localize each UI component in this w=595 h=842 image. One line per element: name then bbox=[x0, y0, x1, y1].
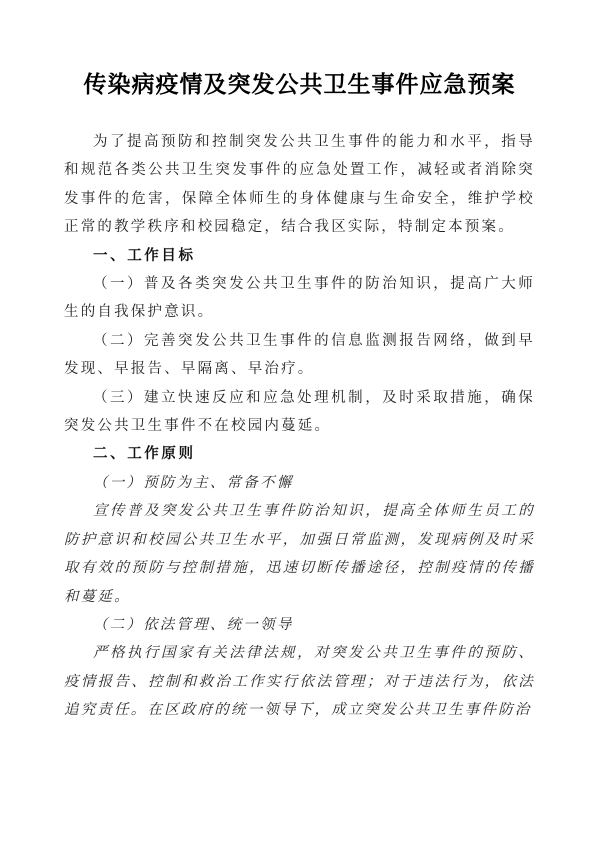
paragraph-principle-2: 严格执行国家有关法律法规，对突发公共卫生事件的预防、疫情报告、控制和救治工作实行… bbox=[64, 639, 535, 724]
paragraph-goal-2: （二）完善突发公共卫生事件的信息监测报告网络，做到早发现、早报告、早隔离、早治疗… bbox=[64, 327, 535, 384]
document-title: 传染病疫情及突发公共卫生事件应急预案 bbox=[64, 70, 535, 100]
paragraph-intro: 为了提高预防和控制突发公共卫生事件的能力和水平，指导和规范各类公共卫生突发事件的… bbox=[64, 128, 535, 242]
paragraph-goal-1: （一）普及各类突发公共卫生事件的防治知识，提高广大师生的自我保护意识。 bbox=[64, 270, 535, 327]
section-heading-work-principles: 二、工作原则 bbox=[64, 440, 535, 468]
document-page: 传染病疫情及突发公共卫生事件应急预案 为了提高预防和控制突发公共卫生事件的能力和… bbox=[0, 0, 595, 842]
section-heading-work-goals: 一、工作目标 bbox=[64, 242, 535, 270]
paragraph-principle-1: 宣传普及突发公共卫生事件防治知识，提高全体师生员工的防护意识和校园公共卫生水平，… bbox=[64, 497, 535, 611]
subheading-principle-1: （一）预防为主、常备不懈 bbox=[64, 469, 535, 497]
paragraph-goal-3: （三）建立快速反应和应急处理机制，及时采取措施，确保突发公共卫生事件不在校园内蔓… bbox=[64, 384, 535, 441]
subheading-principle-2: （二）依法管理、统一领导 bbox=[64, 611, 535, 639]
